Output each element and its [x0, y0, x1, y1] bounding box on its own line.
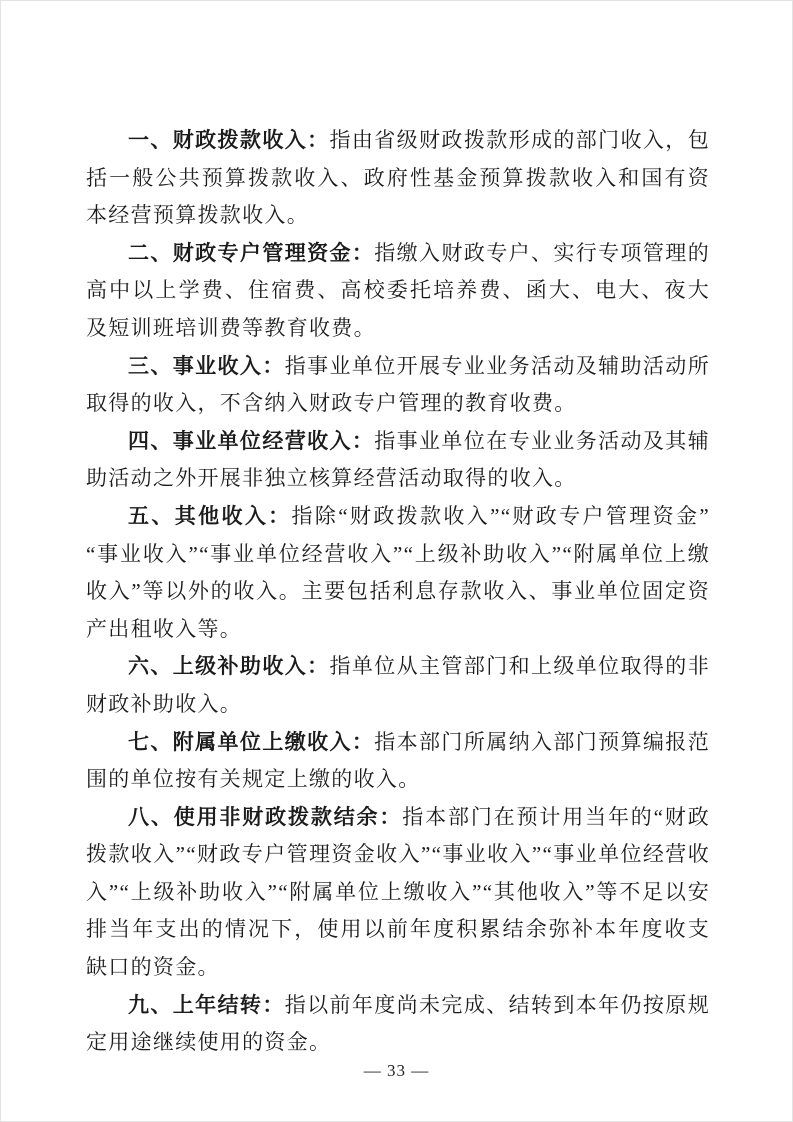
term-label: 五、其他收入： — [128, 505, 292, 528]
definition-paragraph: 四、事业单位经营收入：指事业单位在专业业务活动及其辅助活动之外开展非独立核算经营… — [86, 423, 710, 498]
definition-paragraph: 九、上年结转：指以前年度尚未完成、结转到本年仍按原规定用途继续使用的资金。 — [86, 987, 710, 1062]
term-label: 八、使用非财政拨款结余： — [128, 806, 402, 829]
term-label: 四、事业单位经营收入： — [128, 430, 374, 453]
term-label: 二、财政专户管理资金： — [128, 242, 374, 265]
definition-paragraph: 一、财政拨款收入：指由省级财政拨款形成的部门收入，包括一般公共预算拨款收入、政府… — [86, 122, 710, 235]
definition-paragraph: 五、其他收入：指除“财政拨款收入”“财政专户管理资金”“事业收入”“事业单位经营… — [86, 498, 710, 648]
definition-paragraph: 三、事业收入：指事业单位开展专业业务活动及辅助活动所取得的收入，不含纳入财政专户… — [86, 348, 710, 423]
page-number: — 33 — — [1, 1061, 792, 1081]
term-label: 七、附属单位上缴收入： — [128, 731, 374, 754]
term-label: 三、事业收入： — [128, 355, 285, 378]
definition-paragraph: 八、使用非财政拨款结余：指本部门在预计用当年的“财政拨款收入”“财政专户管理资金… — [86, 799, 710, 987]
term-label: 六、上级补助收入： — [128, 655, 330, 678]
definition-paragraph: 七、附属单位上缴收入：指本部门所属纳入部门预算编报范围的单位按有关规定上缴的收入… — [86, 724, 710, 799]
term-definition: 指本部门在预计用当年的“财政拨款收入”“财政专户管理资金收入”“事业收入”“事业… — [86, 805, 710, 979]
definition-paragraph: 二、财政专户管理资金：指缴入财政专户、实行专项管理的高中以上学费、住宿费、高校委… — [86, 235, 710, 348]
definition-paragraph: 六、上级补助收入：指单位从主管部门和上级单位取得的非财政补助收入。 — [86, 648, 710, 723]
document-body: 一、财政拨款收入：指由省级财政拨款形成的部门收入，包括一般公共预算拨款收入、政府… — [86, 122, 710, 1062]
term-label: 一、财政拨款收入： — [128, 129, 330, 152]
term-label: 九、上年结转： — [128, 994, 285, 1017]
document-page: 一、财政拨款收入：指由省级财政拨款形成的部门收入，包括一般公共预算拨款收入、政府… — [0, 0, 793, 1122]
